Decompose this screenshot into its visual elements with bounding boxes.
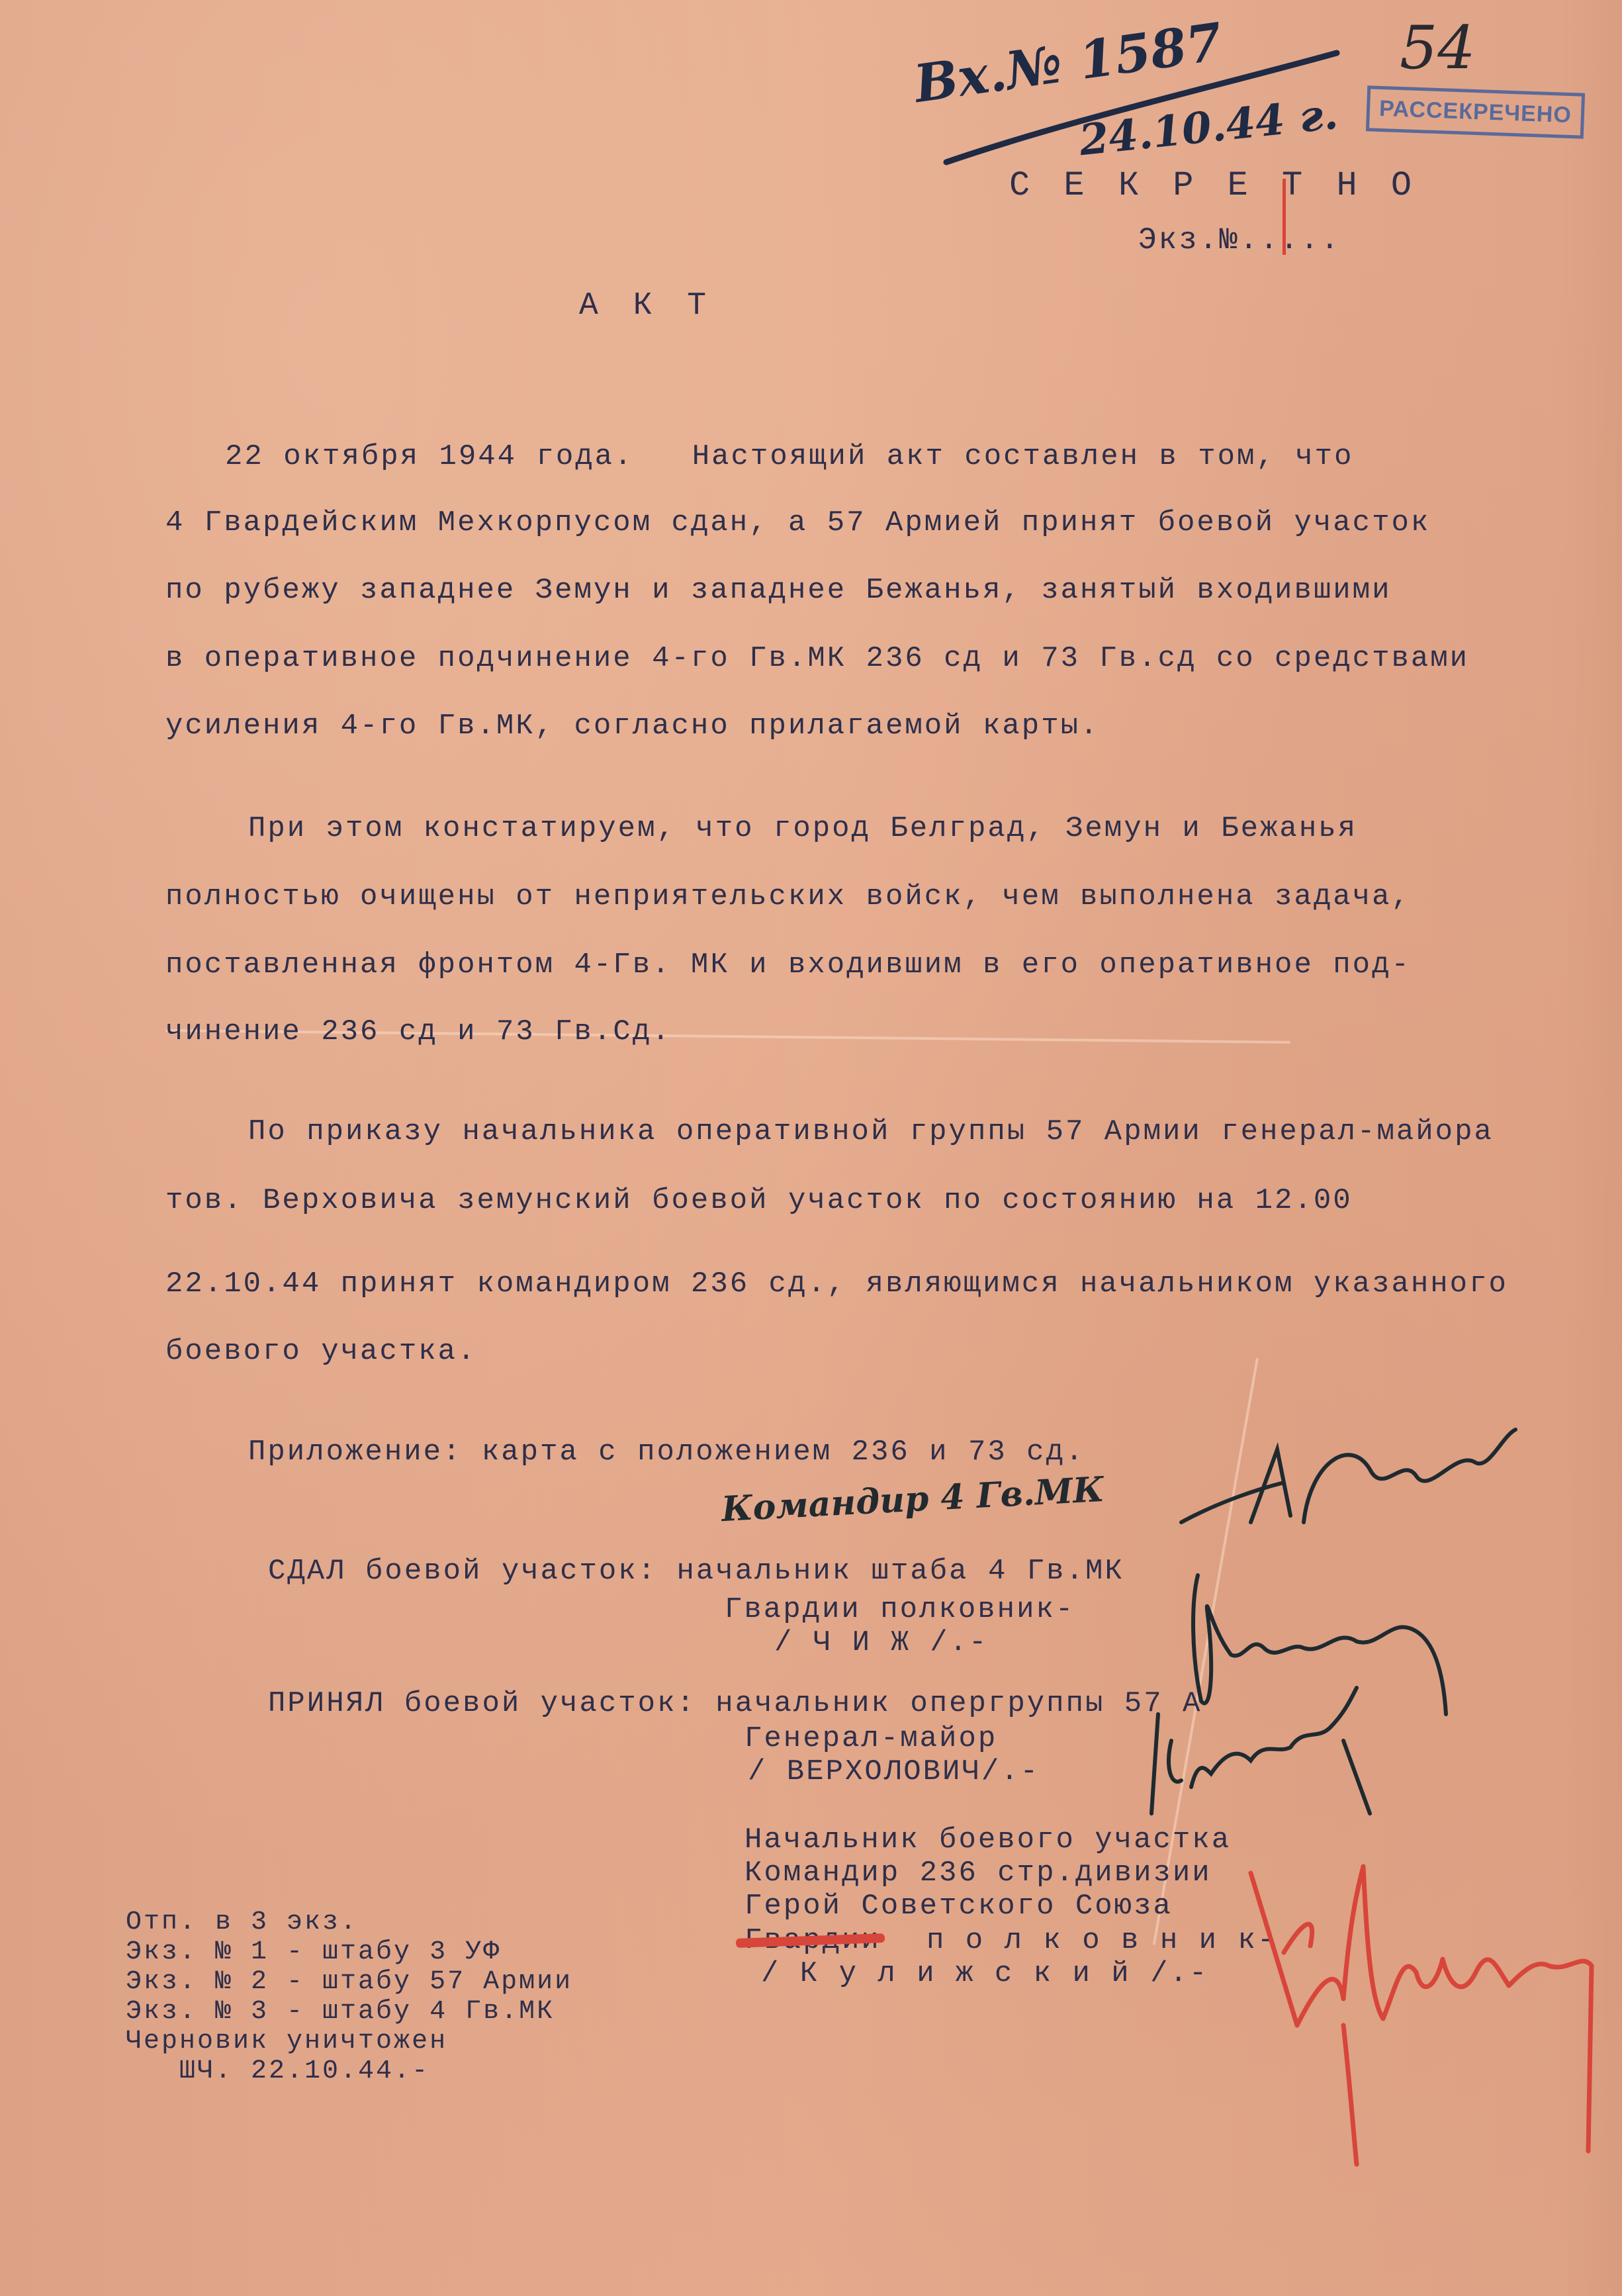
distribution-line: Экз. № 3 - штабу 4 Гв.МК (126, 1999, 555, 2025)
handed-over-name: / Ч И Ж /.- (774, 1628, 988, 1657)
commander-signature (1178, 1423, 1522, 1536)
copy-number-label: Экз.№..... (1138, 225, 1341, 255)
handed-over-rank: Гвардии полковник- (725, 1595, 1075, 1624)
accepted-name: / ВЕРХОЛОВИЧ/.- (748, 1757, 1040, 1786)
accepted-rank: Генерал-майор (744, 1724, 997, 1753)
body-line: боевого участка. (165, 1337, 476, 1366)
body-line: усиления 4-го Гв.МК, согласно прилагаемо… (165, 712, 1099, 741)
body-line: тов. Верховича земунский боевой участок … (165, 1186, 1353, 1215)
distribution-line: Экз. № 2 - штабу 57 Армии (126, 1969, 572, 1996)
sector-chief-honor: Герой Советского Союза (744, 1892, 1173, 1921)
page-number: 54 (1400, 13, 1476, 83)
sector-chief-rank: п о л к о в н и к- (926, 1926, 1277, 1955)
kulizhsky-red-signature (1244, 1853, 1615, 2171)
body-line: 22.10.44 принят командиром 236 сд., явля… (165, 1269, 1508, 1299)
body-line: по рубежу западнее Земун и западнее Бежа… (165, 576, 1391, 605)
attachment-line: Приложение: карта с положением 236 и 73 … (248, 1438, 1085, 1467)
body-line: полностью очищены от неприятельских войс… (165, 882, 1411, 911)
sector-chief-name: / К у л и ж с к и й /.- (761, 1959, 1208, 1988)
verkholovich-signature (1145, 1675, 1410, 1827)
classification-label: С Е К Р Е Т Н О (1009, 169, 1418, 203)
body-line: в оперативное подчинение 4-го Гв.МК 236 … (165, 644, 1469, 673)
distribution-line: Черновик уничтожен (126, 2029, 447, 2055)
document-title: А К Т (579, 290, 714, 322)
distribution-line: Отп. в 3 экз. (126, 1909, 358, 1936)
distribution-line: ШЧ. 22.10.44.- (126, 2058, 429, 2085)
sector-chief-position: Командир 236 стр.дивизии (744, 1859, 1212, 1888)
body-line: При этом констатируем, что город Белград… (248, 814, 1357, 843)
body-line: По приказу начальника оперативной группы… (248, 1117, 1494, 1146)
handed-over-line: СДАЛ боевой участок: начальник штаба 4 Г… (268, 1557, 1124, 1586)
body-line: поставленная фронтом 4-Гв. МК и входивши… (165, 950, 1411, 980)
sector-chief-title: Начальник боевого участка (744, 1825, 1231, 1855)
body-line: 22 октября 1944 года. Настоящий акт сост… (225, 442, 1353, 471)
accepted-line: ПРИНЯЛ боевой участок: начальник опергру… (268, 1689, 1202, 1718)
declassified-stamp: РАССЕКРЕЧЕНО (1366, 85, 1585, 138)
body-line: чинение 236 сд и 73 Гв.Сд. (165, 1017, 672, 1046)
handwritten-commander-note: Командир 4 Гв.МК (721, 1469, 1105, 1530)
body-line: 4 Гвардейским Мехкорпусом сдан, а 57 Арм… (165, 508, 1430, 537)
distribution-line: Экз. № 1 - штабу 3 УФ (126, 1939, 501, 1966)
